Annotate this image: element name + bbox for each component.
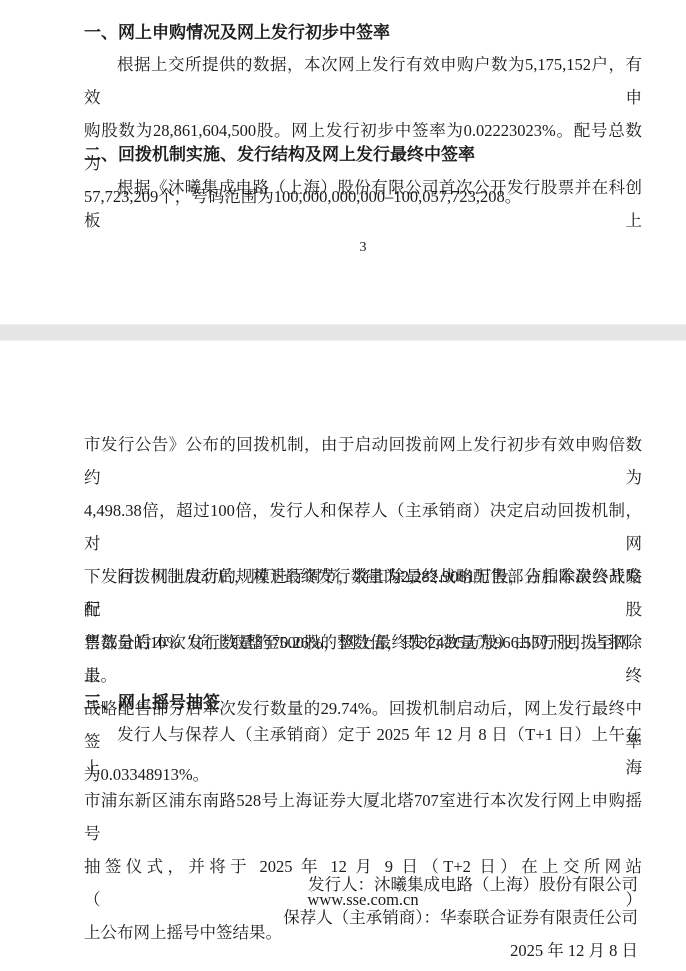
- section-1-heading: 一、网上申购情况及网上发行初步中签率: [84, 16, 642, 49]
- section-2-paragraph: 根据《沐曦集成电路（上海）股份有限公司首次公开发行股票并在科创板上: [84, 171, 642, 237]
- text-line: 市发行公告》公布的回拨机制，由于启动回拨前网上发行初步有效申购倍数约为: [84, 428, 642, 494]
- text-line: 市浦东新区浦东南路528号上海证券大厦北塔707室进行本次发行网上申购摇号: [84, 784, 642, 850]
- sponsor-signature-line: 保荐人（主承销商）：华泰联合证券有限责任公司: [84, 901, 638, 934]
- signature-block: 发行人：沐曦集成电路（上海）股份有限公司 保荐人（主承销商）：华泰联合证券有限责…: [84, 868, 642, 967]
- text-line: 根据《沐曦集成电路（上海）股份有限公司首次公开发行股票并在科创板上: [84, 171, 642, 237]
- text-line: 根据上交所提供的数据，本次网上发行有效申购户数为5,175,152户，有效申: [84, 48, 642, 114]
- issuer-signature-line: 发行人：沐曦集成电路（上海）股份有限公司: [84, 868, 638, 901]
- page-separator: [0, 324, 686, 341]
- date-line: 2025 年 12 月 8 日: [84, 934, 638, 967]
- text-line: 4,498.38倍，超过100倍，发行人和保荐人（主承销商）决定启动回拨机制，对…: [84, 494, 642, 560]
- section-3-heading: 三、网上摇号抽签: [84, 686, 642, 719]
- section-2-heading: 二、回拨机制实施、发行结构及网上发行最终中签率: [84, 138, 642, 171]
- text-line: 发行人与保荐人（主承销商）定于 2025 年 12 月 8 日（T+1 日）上午…: [84, 718, 642, 784]
- text-line: 售部分后本次发行数量的70.26%，网上最终发行数量为966.55万股，占扣除最…: [84, 626, 642, 692]
- text-line: 回拨机制启动后，网下最终发行数量为2,282.9081万股，占扣除最终战略配: [84, 560, 642, 626]
- page-number: 3: [84, 238, 642, 258]
